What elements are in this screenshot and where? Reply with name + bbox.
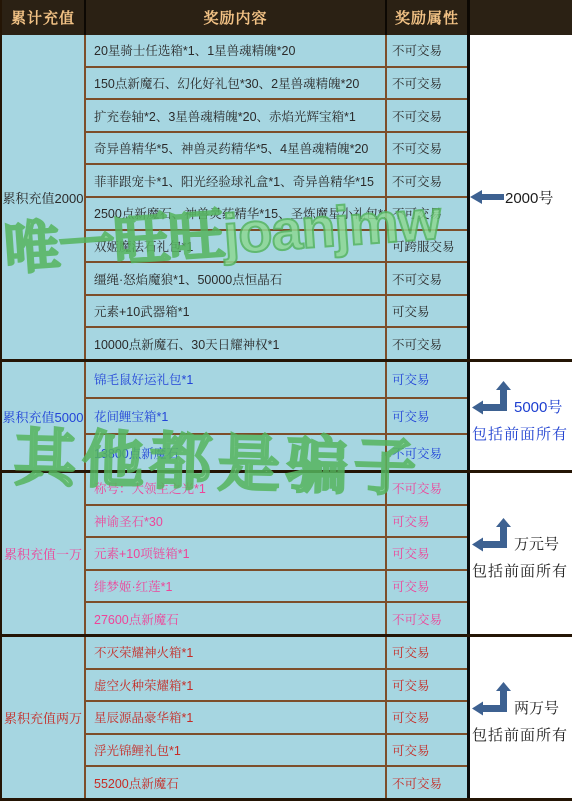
table-row: 20星骑士任选箱*1、1星兽魂精魄*20不可交易	[86, 35, 467, 68]
reward-attribute-cell: 可交易	[387, 670, 467, 701]
reward-attribute-cell: 可交易	[387, 571, 467, 602]
annotation-sublabel: 包括前面所有	[472, 560, 568, 581]
reward-attribute-cell: 不可交易	[387, 767, 467, 798]
table-row: 2500点新魔石、神兽灵药精华*15、圣炼魔星小礼包*10不可交易	[86, 198, 467, 231]
reward-content-cell: 浮光锦鲤礼包*1	[86, 735, 387, 766]
reward-content-cell: 绯梦姬·红莲*1	[86, 571, 387, 602]
header-reward-content: 奖励内容	[86, 0, 387, 35]
table-row: 150点新魔石、幻化好礼包*30、2星兽魂精魄*20不可交易	[86, 68, 467, 101]
reward-content-cell: 星辰源晶豪华箱*1	[86, 702, 387, 733]
tier-label-10000: 累积充值一万	[2, 473, 86, 634]
table-row: 13800点新魔石不可交易	[86, 435, 467, 470]
table-row: 元素+10项链箱*1可交易	[86, 538, 467, 571]
tier-group-2000: 累积充值2000 20星骑士任选箱*1、1星兽魂精魄*20不可交易 150点新魔…	[2, 35, 572, 362]
reward-attribute-cell: 不可交易	[387, 435, 467, 470]
table-row: 星辰源晶豪华箱*1可交易	[86, 702, 467, 735]
table-header-row: 累计充值 奖励内容 奖励属性	[2, 0, 572, 35]
annotation-column: 2000号	[467, 35, 572, 359]
table-row: 神谕圣石*30可交易	[86, 506, 467, 539]
table-row: 55200点新魔石不可交易	[86, 767, 467, 798]
elbow-up-left-arrow-icon	[472, 518, 514, 552]
reward-attribute-cell: 不可交易	[387, 133, 467, 164]
table-row: 锦毛鼠好运礼包*1可交易	[86, 362, 467, 399]
reward-attribute-cell: 可交易	[387, 399, 467, 434]
annotation-label: 5000号	[514, 396, 562, 417]
reward-attribute-cell: 可交易	[387, 362, 467, 397]
reward-attribute-cell: 不可交易	[387, 100, 467, 131]
reward-content-cell: 55200点新魔石	[86, 767, 387, 798]
annotation-label: 2000号	[505, 187, 553, 208]
table-row: 双姬魔法石礼包*1可跨服交易	[86, 231, 467, 264]
reward-attribute-cell: 不可交易	[387, 473, 467, 504]
tier-group-10000: 累积充值一万 称号：大领主之光*1不可交易 神谕圣石*30可交易 元素+10项链…	[2, 473, 572, 637]
table-row: 虚空火种荣耀箱*1可交易	[86, 670, 467, 703]
recharge-reward-table: 累计充值 奖励内容 奖励属性 累积充值2000 20星骑士任选箱*1、1星兽魂精…	[0, 0, 572, 801]
reward-content-cell: 花间鲤宝箱*1	[86, 399, 387, 434]
reward-attribute-cell: 可交易	[387, 296, 467, 327]
annotation-10000: 万元号 包括前面所有	[470, 518, 572, 588]
tier-rows: 20星骑士任选箱*1、1星兽魂精魄*20不可交易 150点新魔石、幻化好礼包*3…	[86, 35, 467, 359]
reward-attribute-cell: 不可交易	[387, 328, 467, 359]
tier-group-5000: 累积充值5000 锦毛鼠好运礼包*1可交易 花间鲤宝箱*1可交易 13800点新…	[2, 362, 572, 473]
tier-rows: 锦毛鼠好运礼包*1可交易 花间鲤宝箱*1可交易 13800点新魔石不可交易	[86, 362, 467, 470]
annotation-20000: 两万号 包括前面所有	[470, 682, 572, 752]
annotation-label: 两万号	[514, 697, 559, 718]
reward-content-cell: 2500点新魔石、神兽灵药精华*15、圣炼魔星小礼包*10	[86, 198, 387, 229]
reward-content-cell: 27600点新魔石	[86, 603, 387, 634]
annotation-5000: 5000号 包括前面所有	[470, 381, 572, 451]
reward-content-cell: 双姬魔法石礼包*1	[86, 231, 387, 262]
reward-content-cell: 菲菲跟宠卡*1、阳光经验球礼盒*1、奇异兽精华*15	[86, 165, 387, 196]
reward-content-cell: 缰绳·怒焰魔狼*1、50000点恒晶石	[86, 263, 387, 294]
reward-content-cell: 元素+10项链箱*1	[86, 538, 387, 569]
reward-content-cell: 20星骑士任选箱*1、1星兽魂精魄*20	[86, 35, 387, 66]
table-row: 扩充卷轴*2、3星兽魂精魄*20、赤焰光辉宝箱*1不可交易	[86, 100, 467, 133]
table-row: 元素+10武器箱*1可交易	[86, 296, 467, 329]
reward-attribute-cell: 可交易	[387, 506, 467, 537]
tier-label-20000: 累积充值两万	[2, 637, 86, 798]
reward-content-cell: 称号：大领主之光*1	[86, 473, 387, 504]
recharge-rewards-screenshot: 累计充值 奖励内容 奖励属性 累积充值2000 20星骑士任选箱*1、1星兽魂精…	[0, 0, 572, 801]
annotation-column: 两万号 包括前面所有	[467, 637, 572, 798]
reward-content-cell: 13800点新魔石	[86, 435, 387, 470]
elbow-up-left-arrow-icon	[472, 381, 514, 415]
reward-content-cell: 神谕圣石*30	[86, 506, 387, 537]
tier-group-20000: 累积充值两万 不灭荣耀神火箱*1可交易 虚空火种荣耀箱*1可交易 星辰源晶豪华箱…	[2, 637, 572, 801]
reward-attribute-cell: 可交易	[387, 637, 467, 668]
left-arrow-icon	[470, 190, 504, 204]
reward-attribute-cell: 可交易	[387, 538, 467, 569]
table-row: 缰绳·怒焰魔狼*1、50000点恒晶石不可交易	[86, 263, 467, 296]
annotation-sublabel: 包括前面所有	[472, 423, 568, 444]
table-row: 奇异兽精华*5、神兽灵药精华*5、4星兽魂精魄*20不可交易	[86, 133, 467, 166]
annotation-column: 万元号 包括前面所有	[467, 473, 572, 634]
table-body: 累积充值2000 20星骑士任选箱*1、1星兽魂精魄*20不可交易 150点新魔…	[2, 35, 572, 801]
reward-attribute-cell: 不可交易	[387, 263, 467, 294]
reward-attribute-cell: 不可交易	[387, 68, 467, 99]
reward-content-cell: 元素+10武器箱*1	[86, 296, 387, 327]
table-row: 菲菲跟宠卡*1、阳光经验球礼盒*1、奇异兽精华*15不可交易	[86, 165, 467, 198]
annotation-label: 万元号	[514, 533, 559, 554]
elbow-up-left-arrow-icon	[472, 682, 514, 716]
reward-attribute-cell: 可交易	[387, 735, 467, 766]
header-cumulative-recharge: 累计充值	[2, 0, 86, 35]
annotation-2000: 2000号	[470, 187, 572, 208]
reward-attribute-cell: 不可交易	[387, 603, 467, 634]
reward-attribute-cell: 不可交易	[387, 198, 467, 229]
reward-content-cell: 锦毛鼠好运礼包*1	[86, 362, 387, 397]
header-empty-cell	[467, 0, 572, 35]
reward-content-cell: 不灭荣耀神火箱*1	[86, 637, 387, 668]
reward-attribute-cell: 可跨服交易	[387, 231, 467, 262]
table-row: 27600点新魔石不可交易	[86, 603, 467, 634]
tier-label-5000: 累积充值5000	[2, 362, 86, 470]
table-row: 花间鲤宝箱*1可交易	[86, 399, 467, 436]
annotation-column: 5000号 包括前面所有	[467, 362, 572, 470]
table-row: 不灭荣耀神火箱*1可交易	[86, 637, 467, 670]
table-row: 绯梦姬·红莲*1可交易	[86, 571, 467, 604]
tier-label-2000: 累积充值2000	[2, 35, 86, 359]
reward-content-cell: 奇异兽精华*5、神兽灵药精华*5、4星兽魂精魄*20	[86, 133, 387, 164]
table-row: 浮光锦鲤礼包*1可交易	[86, 735, 467, 768]
annotation-sublabel: 包括前面所有	[472, 724, 568, 745]
table-row: 称号：大领主之光*1不可交易	[86, 473, 467, 506]
tier-rows: 称号：大领主之光*1不可交易 神谕圣石*30可交易 元素+10项链箱*1可交易 …	[86, 473, 467, 634]
reward-attribute-cell: 不可交易	[387, 35, 467, 66]
table-row: 10000点新魔石、30天日耀神权*1不可交易	[86, 328, 467, 359]
header-reward-attribute: 奖励属性	[387, 0, 467, 35]
tier-rows: 不灭荣耀神火箱*1可交易 虚空火种荣耀箱*1可交易 星辰源晶豪华箱*1可交易 浮…	[86, 637, 467, 798]
reward-content-cell: 10000点新魔石、30天日耀神权*1	[86, 328, 387, 359]
reward-content-cell: 150点新魔石、幻化好礼包*30、2星兽魂精魄*20	[86, 68, 387, 99]
reward-attribute-cell: 可交易	[387, 702, 467, 733]
reward-content-cell: 扩充卷轴*2、3星兽魂精魄*20、赤焰光辉宝箱*1	[86, 100, 387, 131]
reward-attribute-cell: 不可交易	[387, 165, 467, 196]
reward-content-cell: 虚空火种荣耀箱*1	[86, 670, 387, 701]
